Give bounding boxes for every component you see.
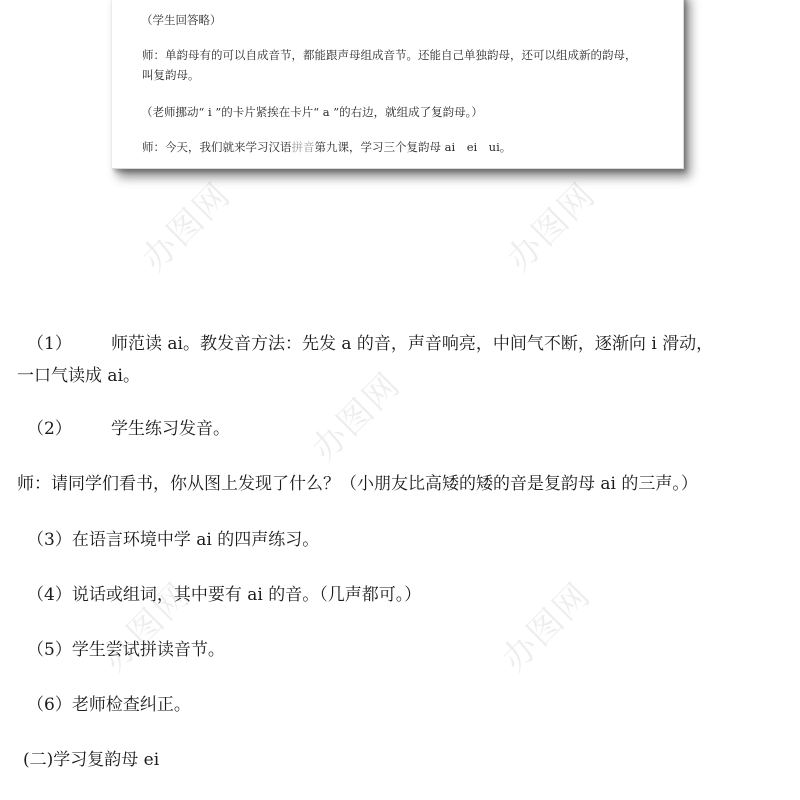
step-2-text: 学生练习发音。 [111, 419, 230, 439]
watermark: 办图网 [128, 169, 239, 280]
embedded-document-card: （学生回答略） 师：单韵母有的可以自成音节，都能跟声母组成音节。还能自己单独韵母… [112, 0, 684, 169]
watermark: 办图网 [493, 169, 604, 280]
step-1-number: （1） [27, 329, 111, 359]
card-line-today-lesson: 师：今天，我们就来学习汉语拼音第九课，学习三个复韵母 ai ei ui。 [142, 137, 511, 157]
step-2-line: （2）学生练习发音。 [27, 414, 230, 444]
watermark: 办图网 [298, 359, 409, 470]
watermark: 办图网 [488, 569, 599, 680]
card-line-teacher-explanation: 师：单韵母有的可以自成音节，都能跟声母组成音节。还能自己单独韵母，还可以组成新的… [142, 45, 647, 85]
step-4-line: （4）说话或组词，其中要有 ai 的音。（几声都可。） [27, 580, 421, 610]
step-3-line: （3）在语言环境中学 ai 的四声练习。 [27, 525, 319, 555]
step-1-line-1: （1）师范读 ai。教发音方法：先发 a 的音，声音响亮，中间气不断，逐渐向 i… [27, 329, 713, 359]
step-2-number: （2） [27, 414, 111, 444]
step-1-line-2: 一口气读成 ai。 [17, 361, 140, 391]
card-line-part-a: 师：今天，我们就来学习汉语 [142, 140, 292, 154]
teacher-question: 师：请同学们看书，你从图上发现了什么？（小朋友比高矮的矮的音是复韵母 ai 的三… [17, 469, 698, 499]
step-5-line: （5）学生尝试拼读音节。 [27, 635, 225, 665]
card-line-part-pinyin: 拼音 [292, 140, 315, 154]
section-2-heading: (二)学习复韵母 ei [23, 745, 159, 775]
card-line-student-answer: （学生回答略） [141, 10, 222, 30]
card-line-part-b: 第九课，学习三个复韵母 ai ei ui。 [315, 140, 512, 154]
step-6-line: （6）老师检查纠正。 [27, 690, 191, 720]
card-line-card-movement: （老师挪动“ i ”的卡片紧挨在卡片“ a ”的右边，就组成了复韵母。） [141, 102, 483, 122]
step-1-text-a: 师范读 ai。教发音方法：先发 a 的音，声音响亮，中间气不断，逐渐向 i 滑动… [111, 334, 713, 354]
